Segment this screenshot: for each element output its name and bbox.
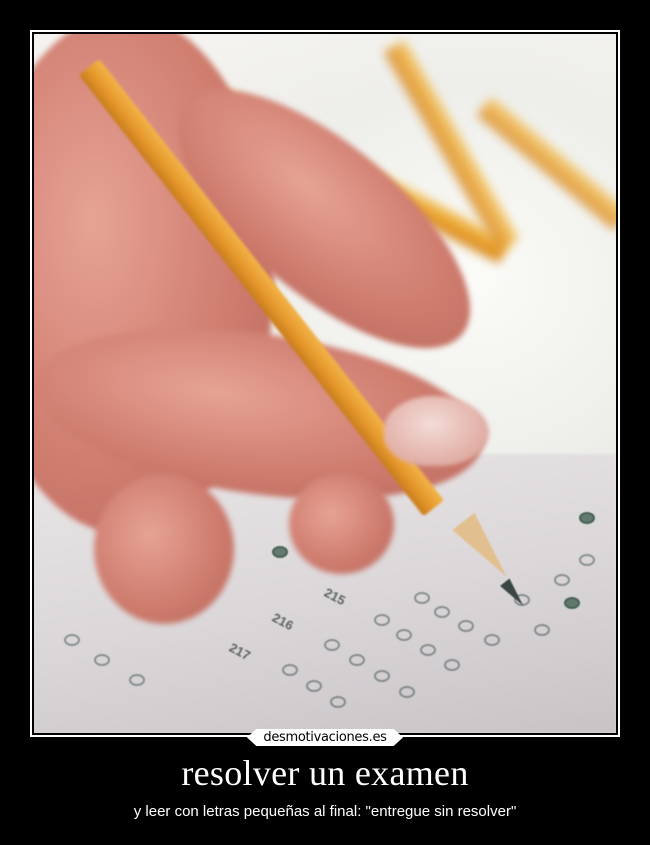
answer-bubble — [534, 624, 550, 636]
answer-bubble-filled — [272, 546, 288, 558]
watermark-badge: desmotivaciones.es — [247, 729, 403, 746]
answer-bubble — [458, 620, 474, 632]
thumbnail — [384, 396, 489, 466]
answer-bubble — [324, 639, 340, 651]
answer-bubble-filled — [579, 512, 595, 524]
watermark-text: desmotivaciones.es — [263, 730, 386, 745]
demotivational-poster: 215 216 217 — [0, 0, 650, 845]
answer-bubble — [306, 680, 322, 692]
answer-bubble — [374, 670, 390, 682]
answer-bubble — [64, 634, 80, 646]
photo-frame: 215 216 217 — [30, 30, 620, 737]
answer-bubble — [579, 554, 595, 566]
answer-bubble — [396, 629, 412, 641]
hand-finger — [289, 474, 394, 574]
answer-bubble — [414, 592, 430, 604]
poster-subtitle: y leer con letras pequeñas al final: "en… — [0, 803, 650, 820]
answer-bubble — [330, 696, 346, 708]
answer-bubble — [349, 654, 365, 666]
exam-photo: 215 216 217 — [34, 34, 616, 733]
answer-bubble — [434, 606, 450, 618]
answer-bubble — [282, 664, 298, 676]
answer-bubble — [554, 574, 570, 586]
hand-finger — [94, 474, 234, 624]
answer-bubble — [129, 674, 145, 686]
answer-bubble — [94, 654, 110, 666]
answer-bubble — [420, 644, 436, 656]
poster-title: resolver un examen — [0, 752, 650, 794]
answer-bubble — [399, 686, 415, 698]
answer-bubble-filled — [564, 597, 580, 609]
answer-bubble — [444, 659, 460, 671]
answer-bubble — [374, 614, 390, 626]
answer-bubble — [484, 634, 500, 646]
